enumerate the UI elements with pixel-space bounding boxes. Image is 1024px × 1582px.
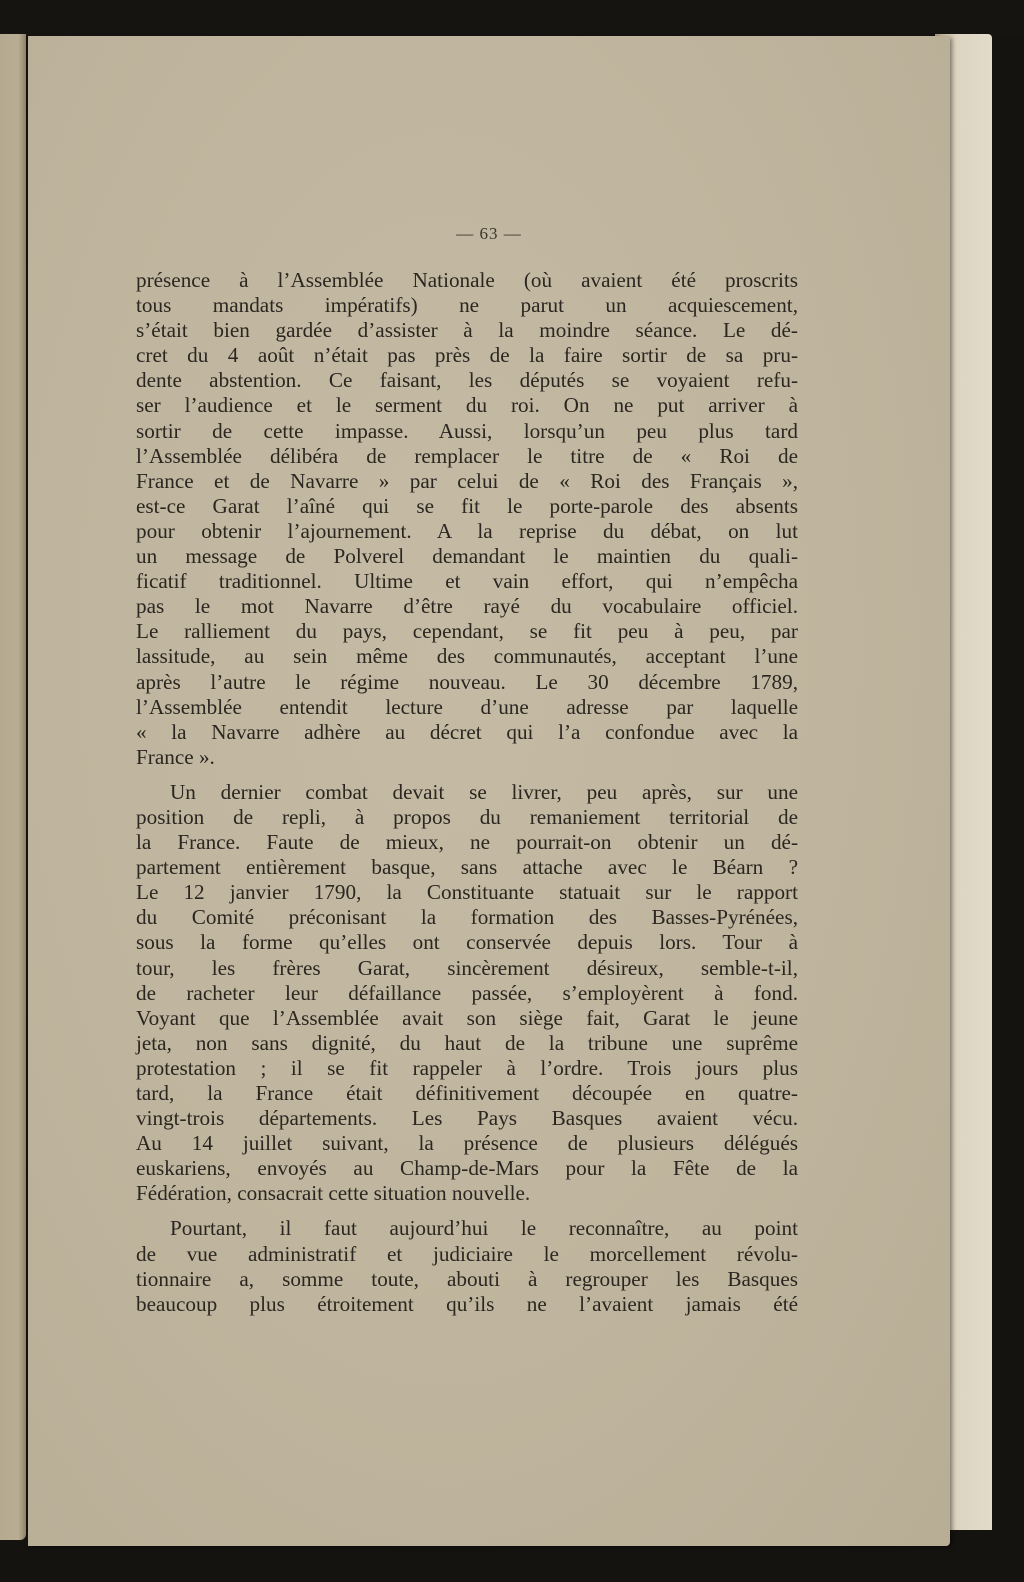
text-line: de vue administratif et judiciaire le mo… xyxy=(136,1242,798,1267)
facing-page-edge xyxy=(0,34,26,1540)
text-line: ser l’audience et le serment du roi. On … xyxy=(136,393,798,418)
text-line: position de repli, à propos du remanieme… xyxy=(136,805,798,830)
text-line: jeta, non sans dignité, du haut de la tr… xyxy=(136,1031,798,1056)
text-line: présence à l’Assemblée Nationale (où ava… xyxy=(136,268,798,293)
text-line: beaucoup plus étroitement qu’ils ne l’av… xyxy=(136,1292,798,1317)
text-line: pas le mot Navarre d’être rayé du vocabu… xyxy=(136,594,798,619)
text-line: Fédération, consacrait cette situation n… xyxy=(136,1181,798,1206)
text-line: Au 14 juillet suivant, la présence de pl… xyxy=(136,1131,798,1156)
text-line: France ». xyxy=(136,745,798,770)
paragraph-3: Pourtant, il faut aujourd’hui le reconna… xyxy=(136,1216,798,1316)
text-line: Le ralliement du pays, cependant, se fit… xyxy=(136,619,798,644)
text-line: France et de Navarre » par celui de « Ro… xyxy=(136,469,798,494)
book-page: — 63 — présence à l’Assemblée Nationale … xyxy=(28,36,950,1546)
text-line: Voyant que l’Assemblée avait son siège f… xyxy=(136,1006,798,1031)
text-line: l’Assemblée délibéra de remplacer le tit… xyxy=(136,444,798,469)
text-line: pour obtenir l’ajournement. A la reprise… xyxy=(136,519,798,544)
text-line: sous la forme qu’elles ont conservée dep… xyxy=(136,930,798,955)
paragraph-1: présence à l’Assemblée Nationale (où ava… xyxy=(136,268,798,770)
text-line: ficatif traditionnel. Ultime et vain eff… xyxy=(136,569,798,594)
text-line: un message de Polverel demandant le main… xyxy=(136,544,798,569)
text-line: du Comité préconisant la formation des B… xyxy=(136,905,798,930)
text-line: Un dernier combat devait se livrer, peu … xyxy=(136,780,798,805)
paragraph-2: Un dernier combat devait se livrer, peu … xyxy=(136,780,798,1207)
text-line: lassitude, au sein même des communautés,… xyxy=(136,644,798,669)
text-line: la France. Faute de mieux, ne pourrait-o… xyxy=(136,830,798,855)
text-line: protestation ; il se fit rappeler à l’or… xyxy=(136,1056,798,1081)
text-line: euskariens, envoyés au Champ-de-Mars pou… xyxy=(136,1156,798,1181)
text-line: partement entièrement basque, sans attac… xyxy=(136,855,798,880)
paragraph-spacing xyxy=(136,770,798,780)
scan-background xyxy=(0,0,1024,36)
text-line: vingt-trois départements. Les Pays Basqu… xyxy=(136,1106,798,1131)
text-line: l’Assemblée entendit lecture d’une adres… xyxy=(136,695,798,720)
text-line: après l’autre le régime nouveau. Le 30 d… xyxy=(136,670,798,695)
text-line: tard, la France était définitivement déc… xyxy=(136,1081,798,1106)
text-line: Pourtant, il faut aujourd’hui le reconna… xyxy=(136,1216,798,1241)
text-line: de racheter leur défaillance passée, s’e… xyxy=(136,981,798,1006)
text-line: « la Navarre adhère au décret qui l’a co… xyxy=(136,720,798,745)
text-line: sortir de cette impasse. Aussi, lorsqu’u… xyxy=(136,419,798,444)
text-line: tionnaire a, somme toute, abouti à regro… xyxy=(136,1267,798,1292)
paragraph-spacing xyxy=(136,1206,798,1216)
text-line: tous mandats impératifs) ne parut un acq… xyxy=(136,293,798,318)
text-line: est-ce Garat l’aîné qui se fit le porte-… xyxy=(136,494,798,519)
page-number: — 63 — xyxy=(28,224,950,244)
text-line: tour, les frères Garat, sincèrement dési… xyxy=(136,956,798,981)
text-line: Le 12 janvier 1790, la Constituante stat… xyxy=(136,880,798,905)
body-text: présence à l’Assemblée Nationale (où ava… xyxy=(136,268,798,1317)
text-line: s’était bien gardée d’assister à la moin… xyxy=(136,318,798,343)
text-line: cret du 4 août n’était pas près de la fa… xyxy=(136,343,798,368)
text-line: dente abstention. Ce faisant, les député… xyxy=(136,368,798,393)
